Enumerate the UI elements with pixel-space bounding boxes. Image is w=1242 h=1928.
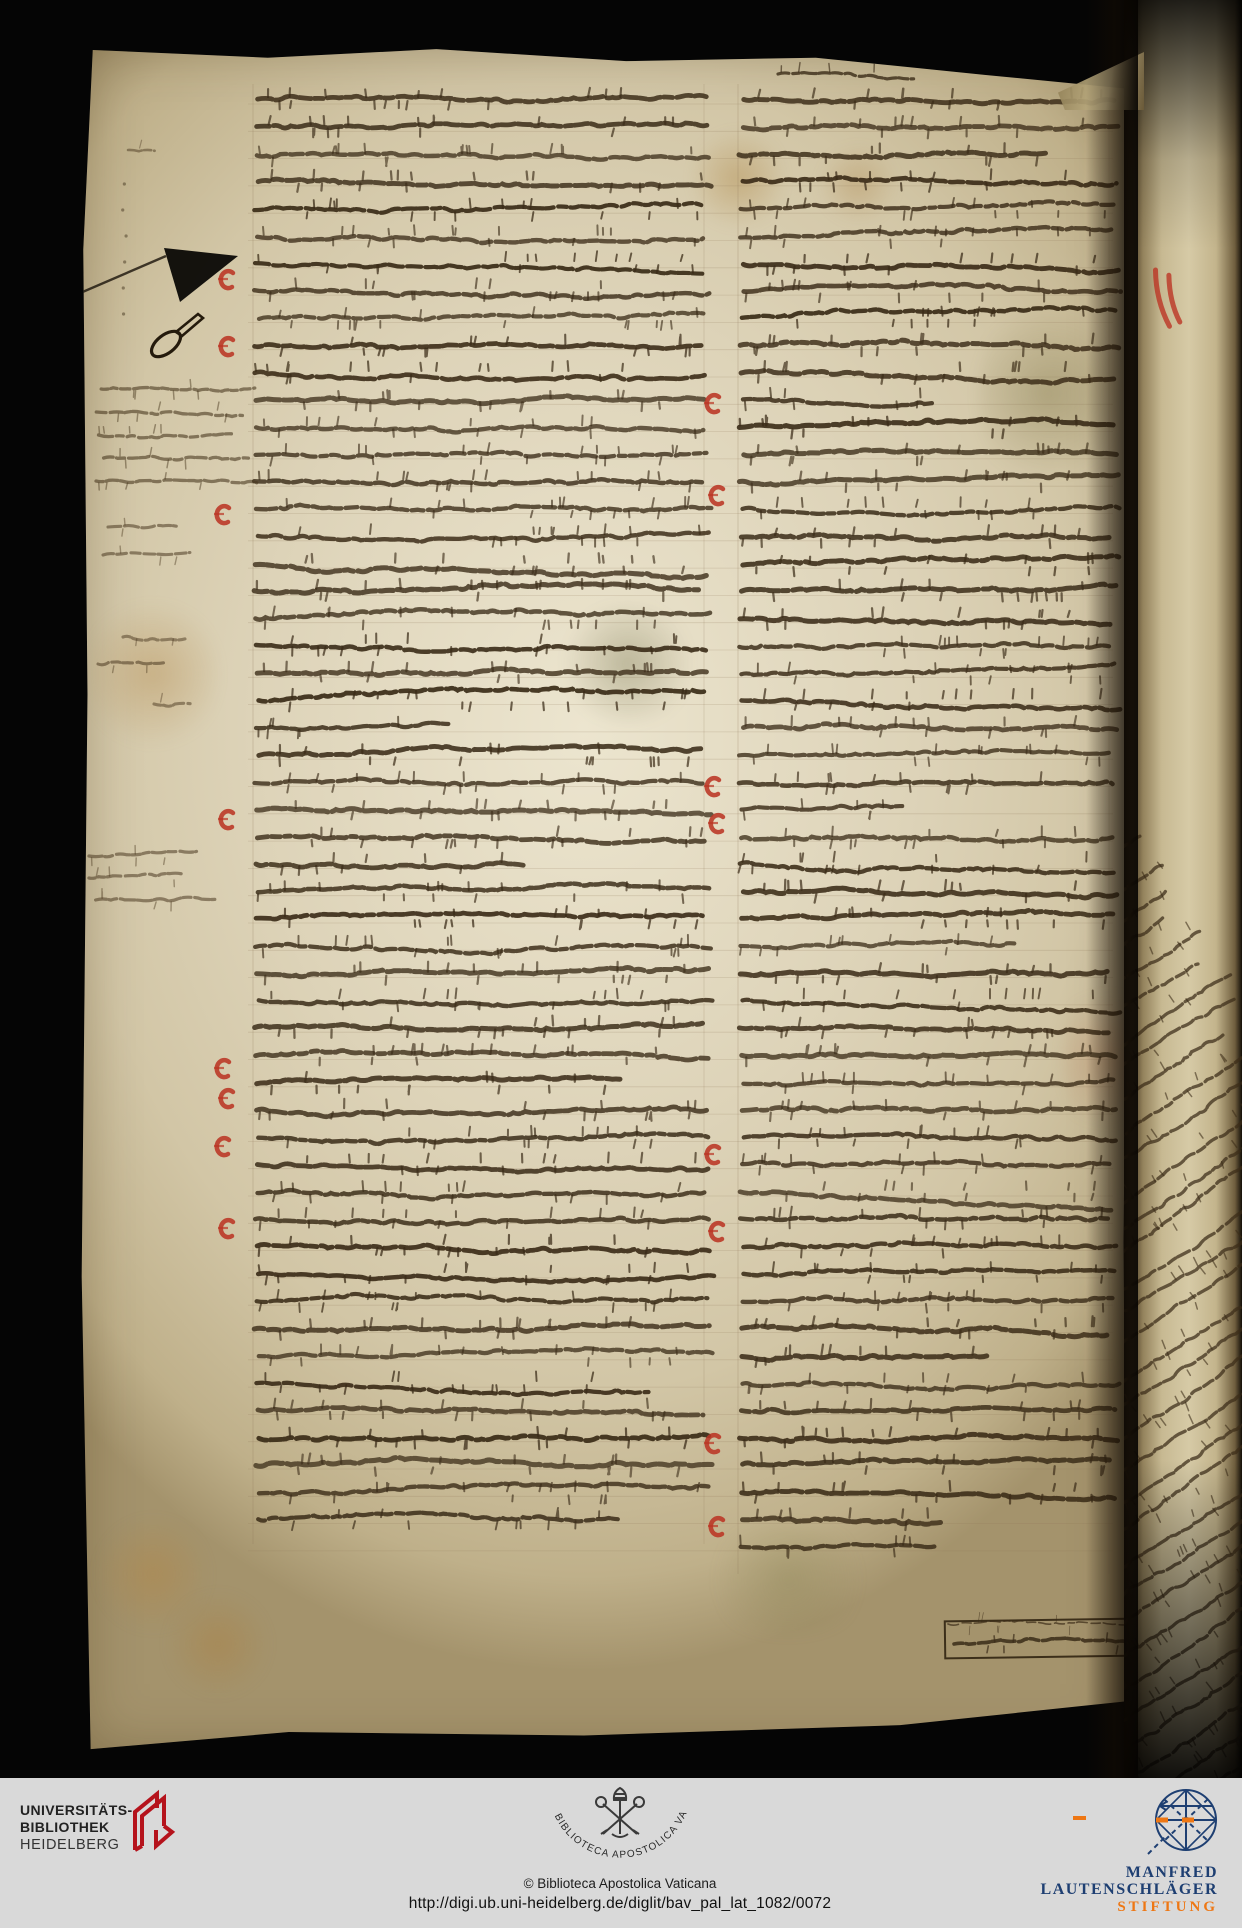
manuscript-writing bbox=[78, 44, 1132, 1756]
mls-line2: LAUTENSCHLÄGER bbox=[1041, 1881, 1218, 1898]
screenshot-root: UNIVERSITÄTS- BIBLIOTHEK HEIDELBERG BIBL… bbox=[0, 0, 1242, 1928]
mls-line3: STIFTUNG bbox=[1041, 1898, 1218, 1916]
mls-logo-text: MANFRED LAUTENSCHLÄGER STIFTUNG bbox=[1041, 1864, 1218, 1916]
source-url: http://digi.ub.uni-heidelberg.de/diglit/… bbox=[300, 1895, 940, 1913]
vatican-emblem-icon: BIBLIOTECA APOSTOLICA VATICANA bbox=[535, 1782, 705, 1874]
heidelberg-book-icon bbox=[126, 1786, 176, 1858]
heidelberg-line3: HEIDELBERG bbox=[20, 1836, 133, 1854]
heidelberg-line1: UNIVERSITÄTS- bbox=[20, 1802, 133, 1819]
footer-bar: UNIVERSITÄTS- BIBLIOTHEK HEIDELBERG BIBL… bbox=[0, 1778, 1242, 1928]
manuscript-page bbox=[78, 44, 1132, 1756]
vatican-arc-text: BIBLIOTECA APOSTOLICA VATICANA bbox=[535, 1782, 690, 1861]
mls-line1: MANFRED bbox=[1041, 1864, 1218, 1881]
facing-page-writing bbox=[1124, 0, 1242, 1780]
svg-text:BIBLIOTECA APOSTOLICA VATICANA: BIBLIOTECA APOSTOLICA VATICANA bbox=[535, 1782, 690, 1861]
heidelberg-line2: BIBLIOTHEK bbox=[20, 1819, 133, 1836]
vatican-caption: BIBLIOTECA APOSTOLICA VATICANA © Bibliot… bbox=[300, 1782, 940, 1913]
mls-globe-icon bbox=[1142, 1784, 1220, 1862]
facing-page-edge bbox=[1124, 0, 1242, 1780]
vatican-copyright: © Biblioteca Apostolica Vaticana bbox=[300, 1876, 940, 1891]
page-corner-fold bbox=[1058, 52, 1144, 110]
mls-orange-dash bbox=[1073, 1816, 1086, 1820]
heidelberg-logo-text: UNIVERSITÄTS- BIBLIOTHEK HEIDELBERG bbox=[20, 1802, 133, 1854]
